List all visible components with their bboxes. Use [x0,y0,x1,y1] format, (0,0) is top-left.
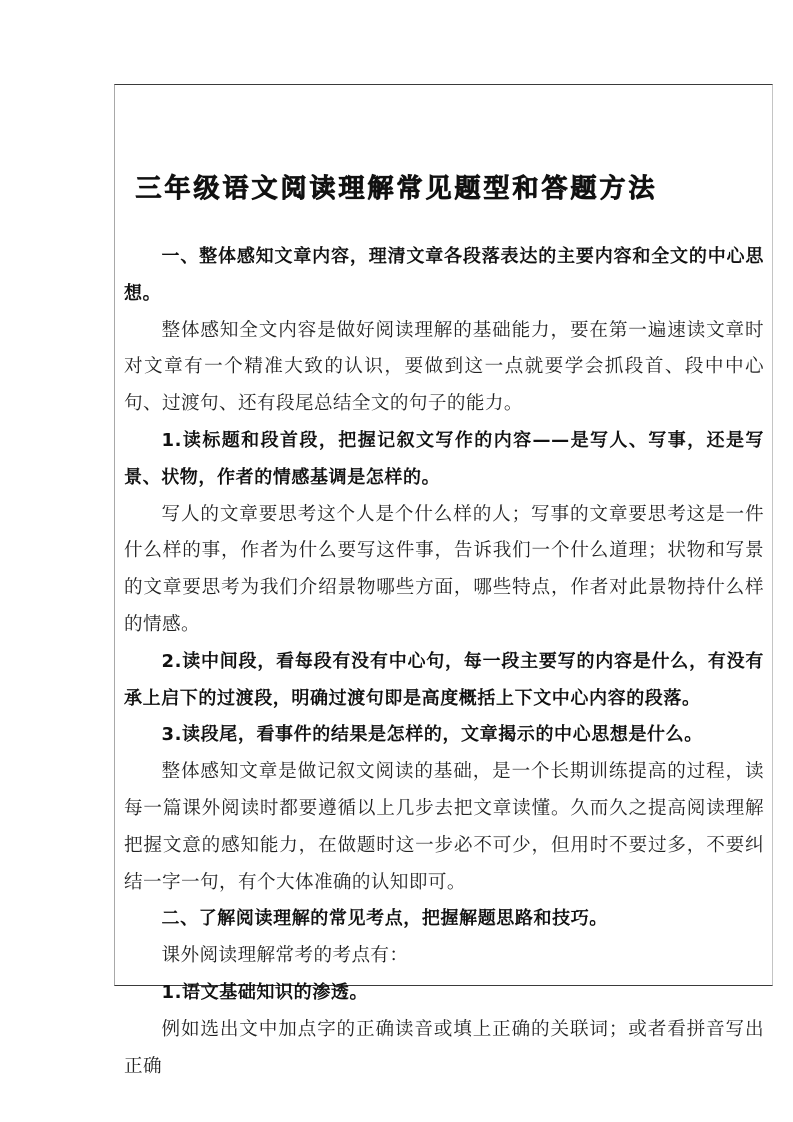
subheading-1: 1.读标题和段首段，把握记叙文写作的内容——是写人、写事，还是写景、状物，作者的… [124,423,764,497]
subheading-1-basics: 1.语文基础知识的渗透。 [124,975,764,1012]
section-heading-2: 二、了解阅读理解的常见考点，把握解题思路和技巧。 [124,901,764,938]
subheading-2: 2.读中间段，看每段有没有中心句，每一段主要写的内容是什么，有没有承上启下的过渡… [124,644,764,718]
paragraph: 例如选出文中加点字的正确读音或填上正确的关联词；或者看拼音写出正确 [124,1012,764,1086]
paragraph: 整体感知文章是做记叙文阅读的基础，是一个长期训练提高的过程，读每一篇课外阅读时都… [124,754,764,901]
paragraph: 课外阅读理解常考的考点有： [124,938,764,975]
document-body: 一、整体感知文章内容，理清文章各段落表达的主要内容和全文的中心思想。 整体感知全… [124,239,764,1085]
paragraph: 写人的文章要思考这个人是个什么样的人；写事的文章要思考这是一件什么样的事，作者为… [124,497,764,644]
subheading-3: 3.读段尾，看事件的结果是怎样的，文章揭示的中心思想是什么。 [124,717,764,754]
section-heading-1: 一、整体感知文章内容，理清文章各段落表达的主要内容和全文的中心思想。 [124,239,764,313]
paragraph: 整体感知全文内容是做好阅读理解的基础能力，要在第一遍速读文章时对文章有一个精准大… [124,313,764,423]
document-title: 三年级语文阅读理解常见题型和答题方法 [0,174,793,204]
